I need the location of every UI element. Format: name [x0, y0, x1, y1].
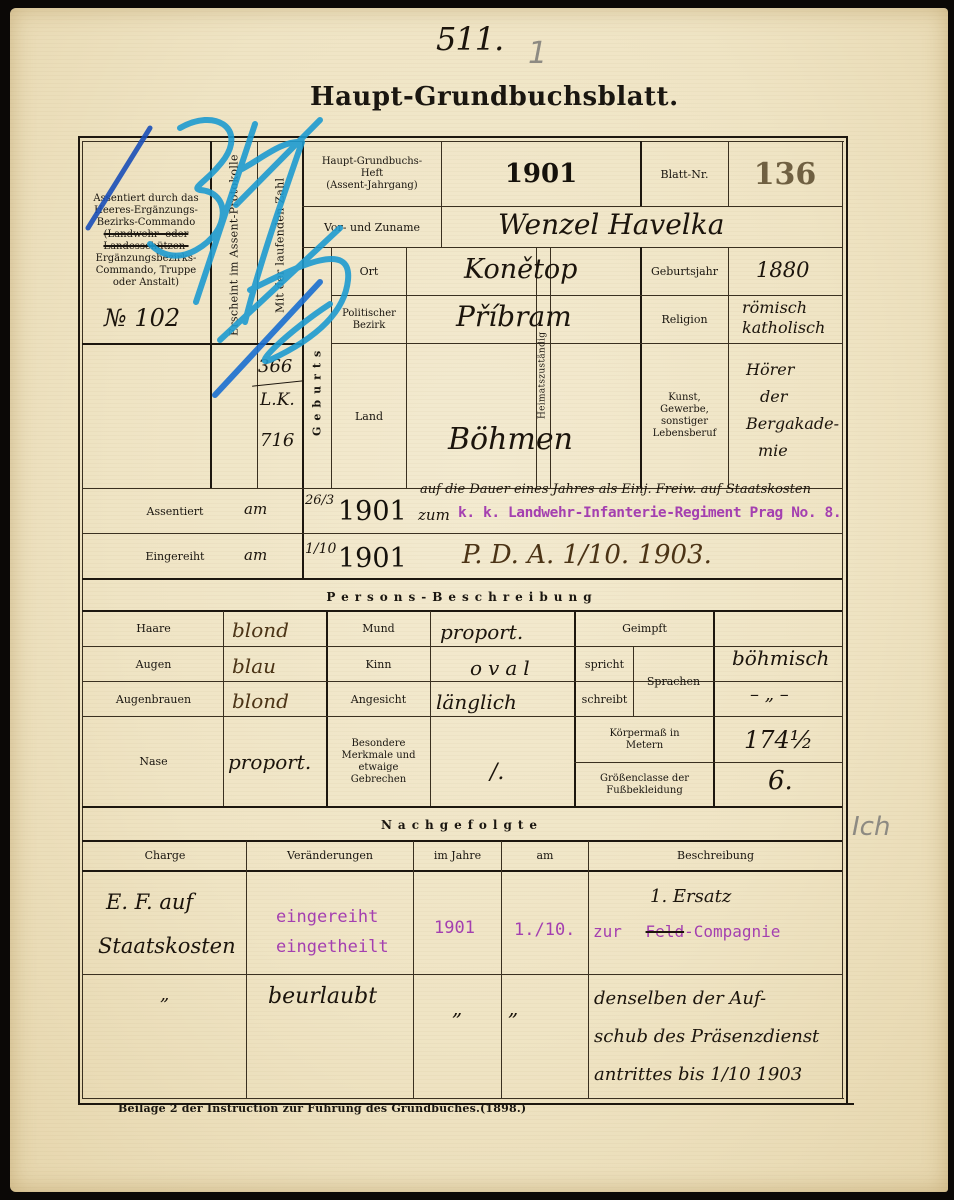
- column-header-am: am: [502, 841, 588, 870]
- row1-beschreibung: zur Feld-Compagnie: [593, 922, 780, 941]
- assentiert-durch-label: Assentiert durch das Heeres-Ergänzungs- …: [84, 182, 208, 300]
- mund-label: Mund: [327, 611, 430, 646]
- groessenclasse-label: Größenclasse der Fußbekleidung: [576, 763, 713, 806]
- groessenclasse-value: 6.: [768, 766, 793, 796]
- haare-value: blond: [232, 618, 289, 642]
- merkmale-value: /.: [490, 760, 504, 785]
- row1-am: 1./10.: [514, 920, 575, 940]
- heimat-label: Heimatszuständig: [536, 300, 550, 450]
- religion-value: römisch katholisch: [742, 298, 825, 338]
- row2-am: „: [508, 996, 518, 1020]
- angesicht-value: länglich: [436, 690, 517, 714]
- religion-label: Religion: [641, 296, 728, 343]
- row2-beschreibung: denselben der Auf- schub des Präsenzdien…: [594, 980, 819, 1094]
- eingereiht-am: am: [244, 546, 267, 564]
- koerpermass-label: Körpermaß in Metern: [576, 717, 713, 762]
- geburtsjahr-value: 1880: [756, 258, 809, 282]
- regiment-stamp: k. k. Landwehr-Infanterie-Regiment Prag …: [458, 505, 841, 521]
- assentiert-year: 1901: [338, 496, 407, 527]
- beruf-label: Kunst, Gewerbe, sonstiger Lebensberuf: [641, 344, 728, 488]
- laufende-zahl-value-bot: 716: [260, 430, 294, 451]
- schreibt-label: schreibt: [576, 682, 633, 716]
- geimpft-label: Geimpft: [576, 611, 713, 646]
- sprachen-label: Sprachen: [634, 647, 713, 716]
- row1-charge: E. F. auf Staatskosten: [106, 880, 236, 968]
- row2-jahr: „: [452, 996, 462, 1020]
- eingereiht-date: 1/10: [305, 541, 336, 557]
- augenbrauen-value: blond: [232, 689, 289, 713]
- blatt-label: Blatt-Nr.: [641, 144, 728, 204]
- row2-veraenderungen: beurlaubt: [268, 984, 377, 1009]
- eingereiht-label: Eingereiht: [130, 534, 220, 578]
- row1-jahr: 1901: [434, 918, 475, 938]
- koerpermass-value: 174½: [744, 726, 813, 754]
- name-value: Wenzel Havelka: [498, 208, 724, 241]
- assentiert-am: am: [244, 500, 267, 518]
- augen-label: Augen: [84, 647, 223, 681]
- assentiert-zum: zum: [418, 506, 450, 524]
- laufende-zahl-label: Mit der laufenden Zahl: [264, 150, 296, 340]
- laufende-zahl-value-top: 366: [258, 356, 292, 377]
- eingereiht-note: P. D. A. 1/10. 1903.: [462, 540, 712, 570]
- nase-label: Nase: [84, 717, 223, 806]
- column-header-veraenderungen: Veränderungen: [247, 841, 413, 870]
- bezirk-value: Příbram: [456, 300, 572, 333]
- pencil-mark-top: 1: [528, 36, 547, 71]
- page-number: 511.: [436, 20, 503, 58]
- land-value: Böhmen: [448, 422, 573, 457]
- augen-value: blau: [232, 654, 276, 678]
- assentiert-label: Assentiert: [130, 489, 220, 533]
- assentiert-note: auf die Dauer eines Jahres als Einj. Fre…: [420, 482, 811, 497]
- name-label: Vor- und Zuname: [304, 207, 440, 247]
- angesicht-label: Angesicht: [327, 682, 430, 716]
- document-title: Haupt-Grundbuchsblatt.: [310, 82, 679, 112]
- land-label: Land: [332, 344, 406, 488]
- nachgefolgte-title: Nachgefolgte: [82, 818, 842, 832]
- sprachen-value: böhmisch: [732, 646, 829, 670]
- eingereiht-year: 1901: [338, 543, 407, 574]
- row1-veraenderungen: eingereiht eingetheilt: [276, 902, 389, 962]
- kinn-label: Kinn: [327, 647, 430, 681]
- row2-charge: „: [160, 984, 169, 1005]
- geburtsjahr-label: Geburtsjahr: [641, 248, 728, 295]
- mund-value: proport.: [440, 620, 523, 644]
- kinn-value: oval: [470, 656, 536, 680]
- haare-label: Haare: [84, 611, 223, 646]
- row1-beschreibung-insert: 1. Ersatz: [650, 886, 731, 907]
- spricht-label: spricht: [576, 647, 633, 681]
- beruf-value: Hörer der Bergakade- mie: [746, 356, 839, 464]
- bezirk-label: Politischer Bezirk: [332, 296, 406, 343]
- footer-note: Beilage 2 der Instruction zur Führung de…: [118, 1102, 526, 1115]
- column-header-jahr: im Jahre: [414, 841, 501, 870]
- nase-value: proport.: [228, 750, 311, 774]
- merkmale-label: Besondere Merkmale und etwaige Gebrechen: [327, 717, 430, 806]
- protokolle-label: Erscheint im Assent-Protokolle: [218, 150, 250, 340]
- assentiert-durch-value: № 102: [104, 304, 180, 332]
- margin-pencil-note: Ich: [852, 812, 890, 842]
- laufende-zahl-value-mid: L.K.: [260, 390, 295, 410]
- augenbrauen-label: Augenbrauen: [84, 682, 223, 716]
- geburts-label: Geburts: [304, 300, 330, 480]
- column-header-beschreibung: Beschreibung: [589, 841, 842, 870]
- heft-value: 1901: [442, 144, 640, 204]
- sprachen-value-2: – „ –: [750, 684, 789, 705]
- heft-label: Haupt-Grundbuchs- Heft (Assent-Jahrgang): [304, 144, 440, 204]
- ort-value: Konětop: [464, 254, 577, 285]
- persons-beschreibung-title: Persons-Beschreibung: [82, 590, 842, 604]
- assentiert-date: 26/3: [305, 493, 334, 508]
- column-header-charge: Charge: [84, 841, 246, 870]
- blatt-value: 136: [729, 144, 841, 204]
- ort-label: Ort: [332, 248, 406, 295]
